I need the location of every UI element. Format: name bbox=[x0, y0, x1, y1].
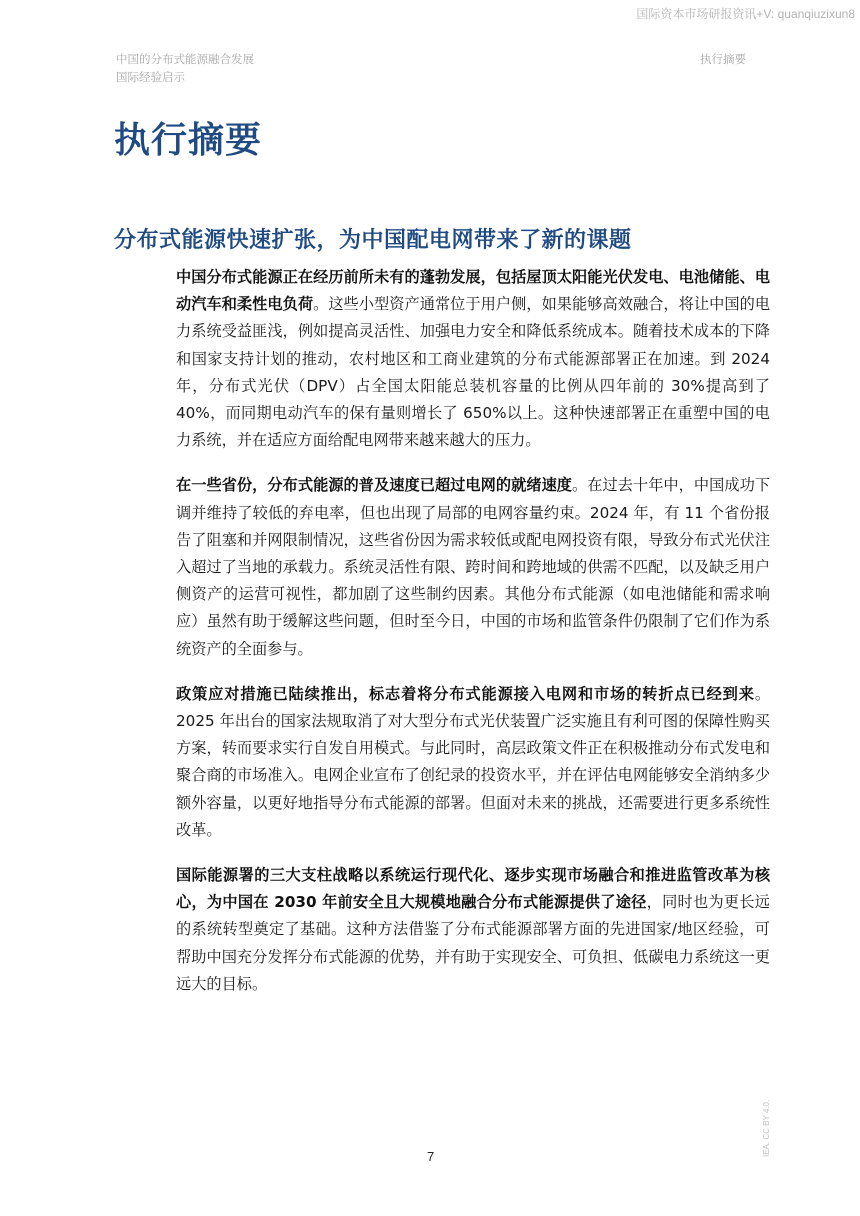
paragraph-lead: 在一些省份，分布式能源的普及速度已超过电网的就绪速度 bbox=[176, 476, 572, 494]
paragraph-3: 政策应对措施已陆续推出，标志着将分布式能源接入电网和市场的转折点已经到来。202… bbox=[176, 681, 770, 844]
page-title: 执行摘要 bbox=[114, 117, 262, 165]
report-title-line2: 国际经验启示 bbox=[116, 68, 254, 86]
paragraph-text: 。在过去十年中，中国成功下调并维持了较低的弃电率，但也出现了局部的电网容量约束。… bbox=[176, 476, 770, 657]
running-header-left: 中国的分布式能源融合发展 国际经验启示 bbox=[116, 50, 254, 86]
paragraph-lead: 政策应对措施已陆续推出，标志着将分布式能源接入电网和市场的转折点已经到来 bbox=[176, 685, 755, 703]
watermark: 国际资本市场研报资讯+V: quanqiuzixun8 bbox=[636, 5, 855, 22]
page-number: 7 bbox=[427, 1149, 434, 1164]
paragraph-2: 在一些省份，分布式能源的普及速度已超过电网的就绪速度。在过去十年中，中国成功下调… bbox=[176, 472, 770, 662]
running-header-section: 执行摘要 bbox=[700, 50, 746, 68]
paragraph-text: 。2025 年出台的国家法规取消了对大型分布式光伏装置广泛实施且有利可图的保障性… bbox=[176, 685, 770, 839]
paragraph-1: 中国分布式能源正在经历前所未有的蓬勃发展，包括屋顶太阳能光伏发电、电池储能、电动… bbox=[176, 264, 770, 454]
body-text: 中国分布式能源正在经历前所未有的蓬勃发展，包括屋顶太阳能光伏发电、电池储能、电动… bbox=[176, 264, 770, 1016]
paragraph-4: 国际能源署的三大支柱战略以系统运行现代化、逐步实现市场融合和推进监管改革为核心，… bbox=[176, 862, 770, 998]
section-title: 分布式能源快速扩张，为中国配电网带来了新的课题 bbox=[114, 225, 632, 257]
paragraph-text: 。这些小型资产通常位于用户侧，如果能够高效融合，将让中国的电力系统受益匪浅，例如… bbox=[176, 295, 770, 449]
report-title-line1: 中国的分布式能源融合发展 bbox=[116, 50, 254, 68]
license-note: IEA. CC BY 4.0. bbox=[762, 1100, 771, 1157]
